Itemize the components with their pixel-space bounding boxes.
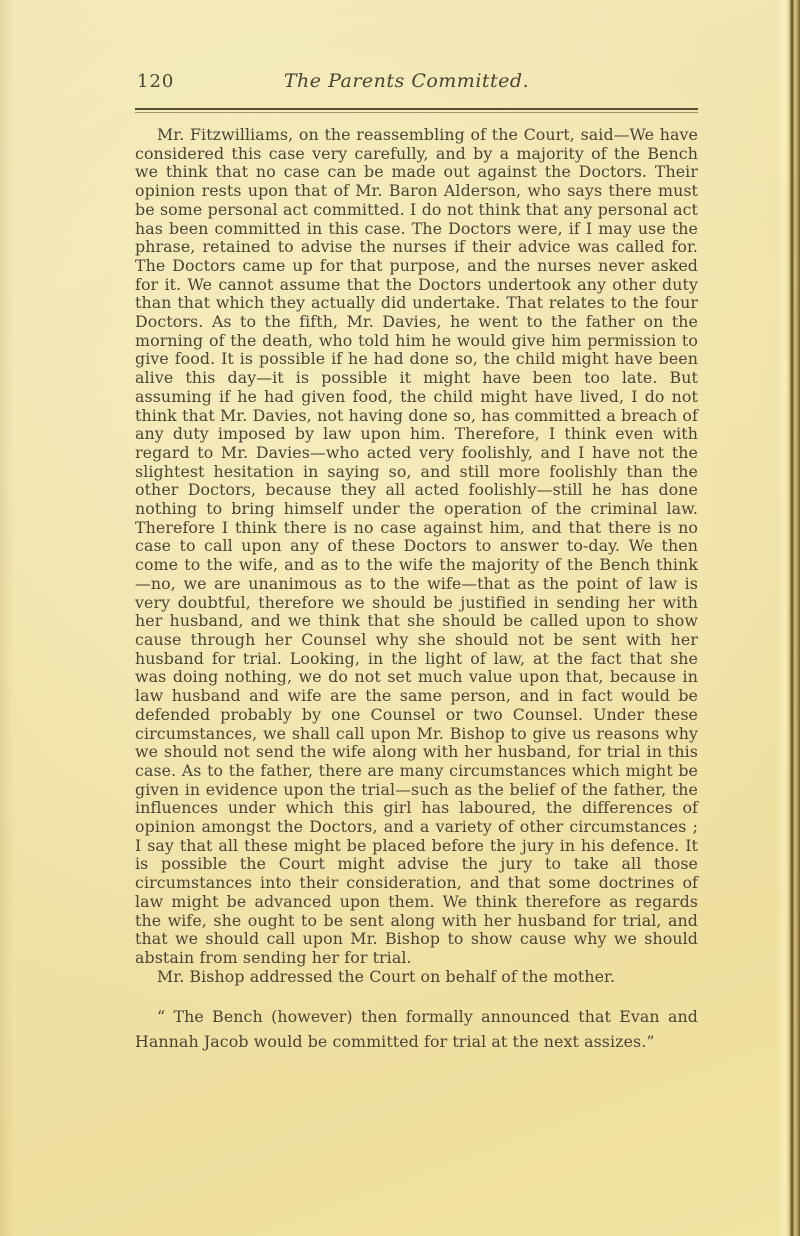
scanned-book-page: 120 The Parents Committed. Mr. Fitzwilli… — [0, 0, 800, 1236]
body-text: Mr. Fitzwilliams, on the reassembling of… — [135, 126, 698, 1054]
page-header: 120 The Parents Committed. — [135, 70, 698, 96]
paper-specks — [0, 0, 2, 2]
paragraph-bench-judgment: Mr. Fitzwilliams, on the reassembling of… — [135, 126, 698, 968]
paragraph-committal-announcement: “ The Bench (however) then formally anno… — [135, 1005, 698, 1054]
left-edge-shading — [0, 0, 14, 1236]
paragraph-bishop-address: Mr. Bishop addressed the Court on behalf… — [135, 968, 698, 987]
right-page-edge-shadow — [776, 0, 800, 1236]
running-title: The Parents Committed. — [125, 70, 688, 92]
header-rule — [135, 108, 698, 113]
